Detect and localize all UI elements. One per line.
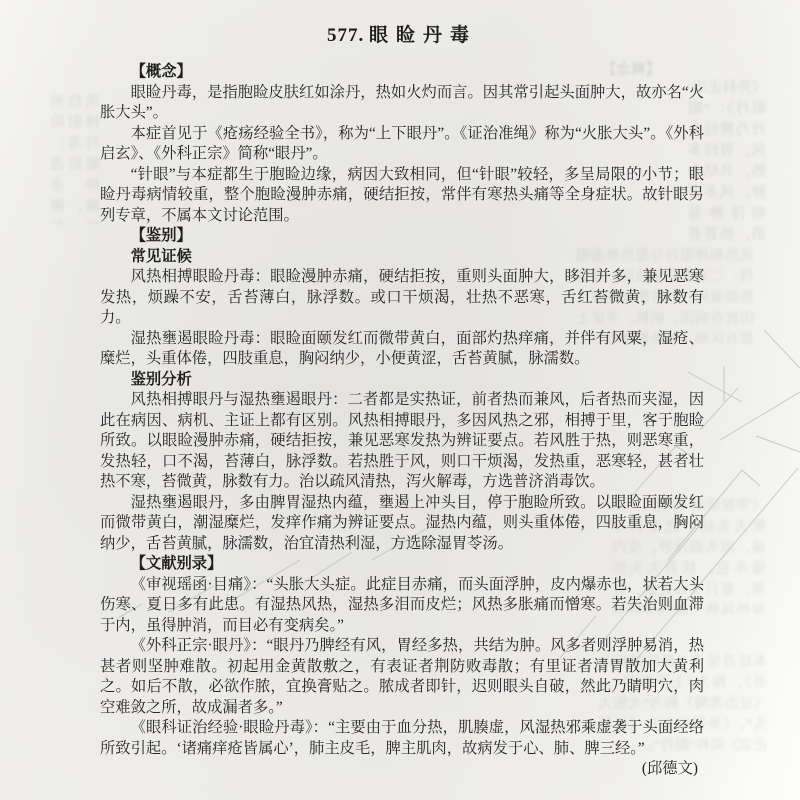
paragraph: 本症首见于《疮疡经验全书》，称为“上下眼丹”。《证治准绳》称为“火胀大头”。《外… — [100, 124, 704, 165]
page-text-column: 577.眼睑丹毒 【概念】 眼睑丹毒，是指胞睑皮肤红如涂丹，热如火灼而言。因其常… — [100, 24, 704, 780]
paragraph: 风热相搏眼丹与湿热壅遏眼丹：二者都是实热证，前者热而兼风，后者热而夹湿，因此在病… — [100, 390, 704, 493]
scanned-book-page: 【概念】 《外科正宗·眼丹》：“眼丹乃脾经有风，胃经多热，共结为肿。风多者则浮肿… — [0, 0, 800, 800]
bleedthrough-text: 风热相搏眼睑丹毒：眼睑漫肿赤痛，硬结拒按，重则头面肿大，眵泪并多，兼见恶寒发热，… — [50, 92, 100, 224]
section-header-literature: 【文献别录】 — [100, 554, 704, 575]
paragraph: 湿热壅遏眼睑丹毒：眼睑面颐发红而微带黄白，面部灼热痒痛，并伴有风粟，湿疮、糜烂，… — [100, 329, 704, 370]
paragraph: “针眼”与本症都生于胞睑边缘，病因大致相同，但“针眼”较轻，多呈局限的小节；眼睑… — [100, 165, 704, 227]
paragraph-citation: 《审视瑶函·目痛》：“头胀大头症。此症目赤痛，而头面浮肿，皮内爆赤也，状若大头伤… — [100, 575, 704, 637]
paragraph-citation: 《外科正宗·眼丹》：“眼丹乃脾经有风，胃经多热，共结为肿。风多者则浮肿易消，热甚… — [100, 636, 704, 718]
entry-title-text: 眼睑丹毒 — [369, 25, 477, 46]
paragraph: 风热相搏眼睑丹毒：眼睑漫肿赤痛，硬结拒按，重则头面肿大，眵泪并多，兼见恶寒发热，… — [100, 267, 704, 329]
section-header-differentiation: 【鉴别】 — [100, 226, 704, 247]
paragraph: 湿热壅遏眼丹，多由脾胃湿热内蕴，壅遏上冲头目，停于胞睑所致。以眼睑面颐发红而微带… — [100, 493, 704, 555]
author-attribution: (邱德文) — [100, 759, 704, 780]
paragraph: 眼睑丹毒，是指胞睑皮肤红如涂丹，热如火灼而言。因其常引起头面肿大，故亦名“火胀大… — [100, 83, 704, 124]
paragraph-citation: 《眼科证治经验·眼睑丹毒》：“主要由于血分热，肌腠虚，风湿热邪乘虚袭于头面经络所… — [100, 718, 704, 759]
section-header-concept: 【概念】 — [100, 62, 704, 83]
entry-number: 577. — [327, 25, 364, 46]
subheading-analysis: 鉴别分析 — [100, 370, 704, 391]
subheading-common-patterns: 常见证候 — [100, 247, 704, 268]
page-title: 577.眼睑丹毒 — [100, 24, 704, 48]
